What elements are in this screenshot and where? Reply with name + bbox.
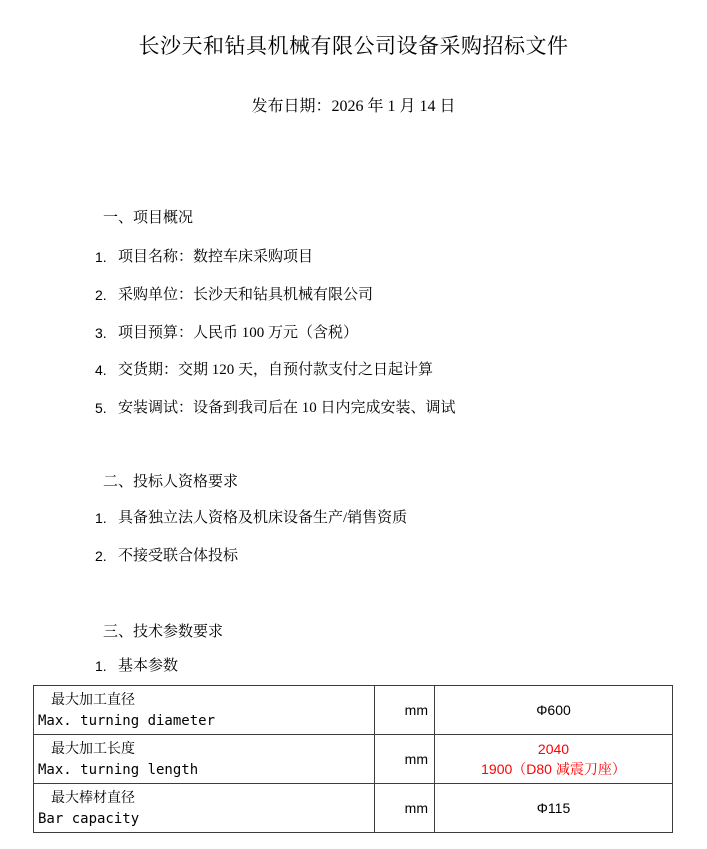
- param-name-en: Max. turning length: [38, 760, 370, 780]
- spec-table: 最大加工直径 Max. turning diameter mm Φ600 最大加…: [33, 685, 673, 833]
- list-item-number: 2.: [95, 547, 118, 566]
- list-item-number: 3.: [95, 324, 118, 343]
- list-item-text: 项目预算：人民币 100 万元（含税）: [118, 324, 358, 343]
- unit-cell: mm: [375, 735, 435, 784]
- param-cell: 最大加工长度 Max. turning length: [34, 735, 375, 784]
- list-item-number: 1.: [95, 657, 118, 676]
- list-item-text: 项目名称：数控车床采购项目: [118, 248, 313, 267]
- list-item: 5. 安装调试：设备到我司后在 10 日内完成安装、调试: [95, 399, 456, 418]
- document-page: 长沙天和钻具机械有限公司设备采购招标文件 发布日期：2026 年 1 月 14 …: [0, 0, 707, 849]
- param-name-zh: 最大棒材直径: [38, 788, 370, 809]
- value-cell: 2040 1900（D80 减震刀座）: [435, 735, 673, 784]
- list-item: 1. 基本参数: [95, 657, 178, 676]
- value-cell: Φ115: [435, 784, 673, 833]
- table-row: 最大棒材直径 Bar capacity mm Φ115: [34, 784, 673, 833]
- list-item-number: 2.: [95, 286, 118, 305]
- param-cell: 最大加工直径 Max. turning diameter: [34, 686, 375, 735]
- table-row: 最大加工长度 Max. turning length mm 2040 1900（…: [34, 735, 673, 784]
- unit-cell: mm: [375, 784, 435, 833]
- section-heading-1: 一、项目概况: [103, 209, 193, 228]
- list-item: 3. 项目预算：人民币 100 万元（含税）: [95, 324, 358, 343]
- list-item-text: 不接受联合体投标: [118, 547, 238, 566]
- list-item-number: 4.: [95, 361, 118, 380]
- list-item-text: 安装调试：设备到我司后在 10 日内完成安装、调试: [118, 399, 456, 418]
- value-cell: Φ600: [435, 686, 673, 735]
- list-item-number: 1.: [95, 248, 118, 267]
- list-item-text: 采购单位：长沙天和钻具机械有限公司: [118, 286, 373, 305]
- list-item: 4. 交货期：交期 120 天，自预付款支付之日起计算: [95, 361, 433, 380]
- list-item: 1. 项目名称：数控车床采购项目: [95, 248, 313, 267]
- param-name-en: Bar capacity: [38, 809, 370, 829]
- table-row: 最大加工直径 Max. turning diameter mm Φ600: [34, 686, 673, 735]
- param-name-en: Max. turning diameter: [38, 711, 370, 731]
- list-item: 1. 具备独立法人资格及机床设备生产/销售资质: [95, 509, 407, 528]
- section-heading-2: 二、投标人资格要求: [103, 473, 238, 492]
- section-heading-3: 三、技术参数要求: [103, 623, 223, 642]
- list-item-text: 具备独立法人资格及机床设备生产/销售资质: [118, 509, 407, 528]
- list-item-text: 交货期：交期 120 天，自预付款支付之日起计算: [118, 361, 433, 380]
- list-item-text: 基本参数: [118, 657, 178, 676]
- param-name-zh: 最大加工长度: [38, 739, 370, 760]
- value-line-1: 2040: [435, 739, 672, 759]
- value-line-2: 1900（D80 减震刀座）: [435, 759, 672, 779]
- list-item-number: 5.: [95, 399, 118, 418]
- param-name-zh: 最大加工直径: [38, 690, 370, 711]
- list-item: 2. 采购单位：长沙天和钻具机械有限公司: [95, 286, 373, 305]
- list-item: 2. 不接受联合体投标: [95, 547, 238, 566]
- publish-date: 发布日期：2026 年 1 月 14 日: [0, 96, 707, 117]
- list-item-number: 1.: [95, 509, 118, 528]
- document-title: 长沙天和钻具机械有限公司设备采购招标文件: [0, 33, 707, 60]
- param-cell: 最大棒材直径 Bar capacity: [34, 784, 375, 833]
- unit-cell: mm: [375, 686, 435, 735]
